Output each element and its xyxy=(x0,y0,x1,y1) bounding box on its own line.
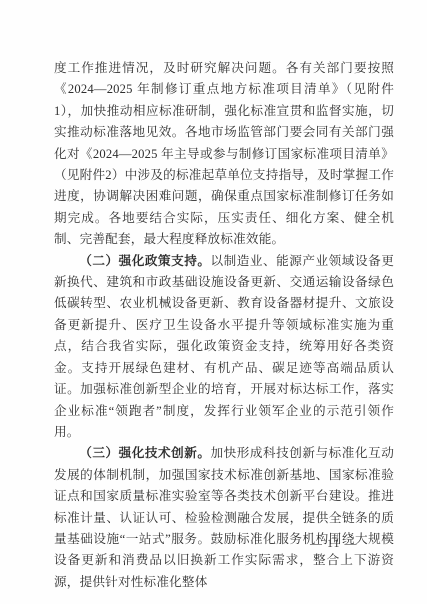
paragraph-section-3: （三）强化技术创新。加快形成科技创新与标准化互动发展的体制机制，加强国家技术标准… xyxy=(54,443,394,593)
paragraph-section-2: （二）强化政策支持。以制造业、能源产业领域设备更新换代、建筑和市政基础设施设备更… xyxy=(54,251,394,444)
page-number: — 11 — xyxy=(310,536,358,551)
page-body: 度工作推进情况，及时研究解决问题。各有关部门要按照《2024—2025 年制修订… xyxy=(54,58,394,593)
paragraph-text: 加快形成科技创新与标准化互动发展的体制机制，加强国家技术标准创新基地、国家标准验… xyxy=(54,446,394,588)
document-page: 度工作推进情况，及时研究解决问题。各有关部门要按照《2024—2025 年制修订… xyxy=(0,0,427,604)
paragraph-continuation: 度工作推进情况，及时研究解决问题。各有关部门要按照《2024—2025 年制修订… xyxy=(54,58,394,251)
section-heading: （三）强化技术创新。 xyxy=(79,446,210,460)
paragraph-text: 以制造业、能源产业领域设备更新换代、建筑和市政基础设施设备更新、交通运输设备绿色… xyxy=(54,254,394,439)
section-heading: （二）强化政策支持。 xyxy=(79,254,210,268)
paragraph-text: 度工作推进情况，及时研究解决问题。各有关部门要按照《2024—2025 年制修订… xyxy=(54,61,394,246)
